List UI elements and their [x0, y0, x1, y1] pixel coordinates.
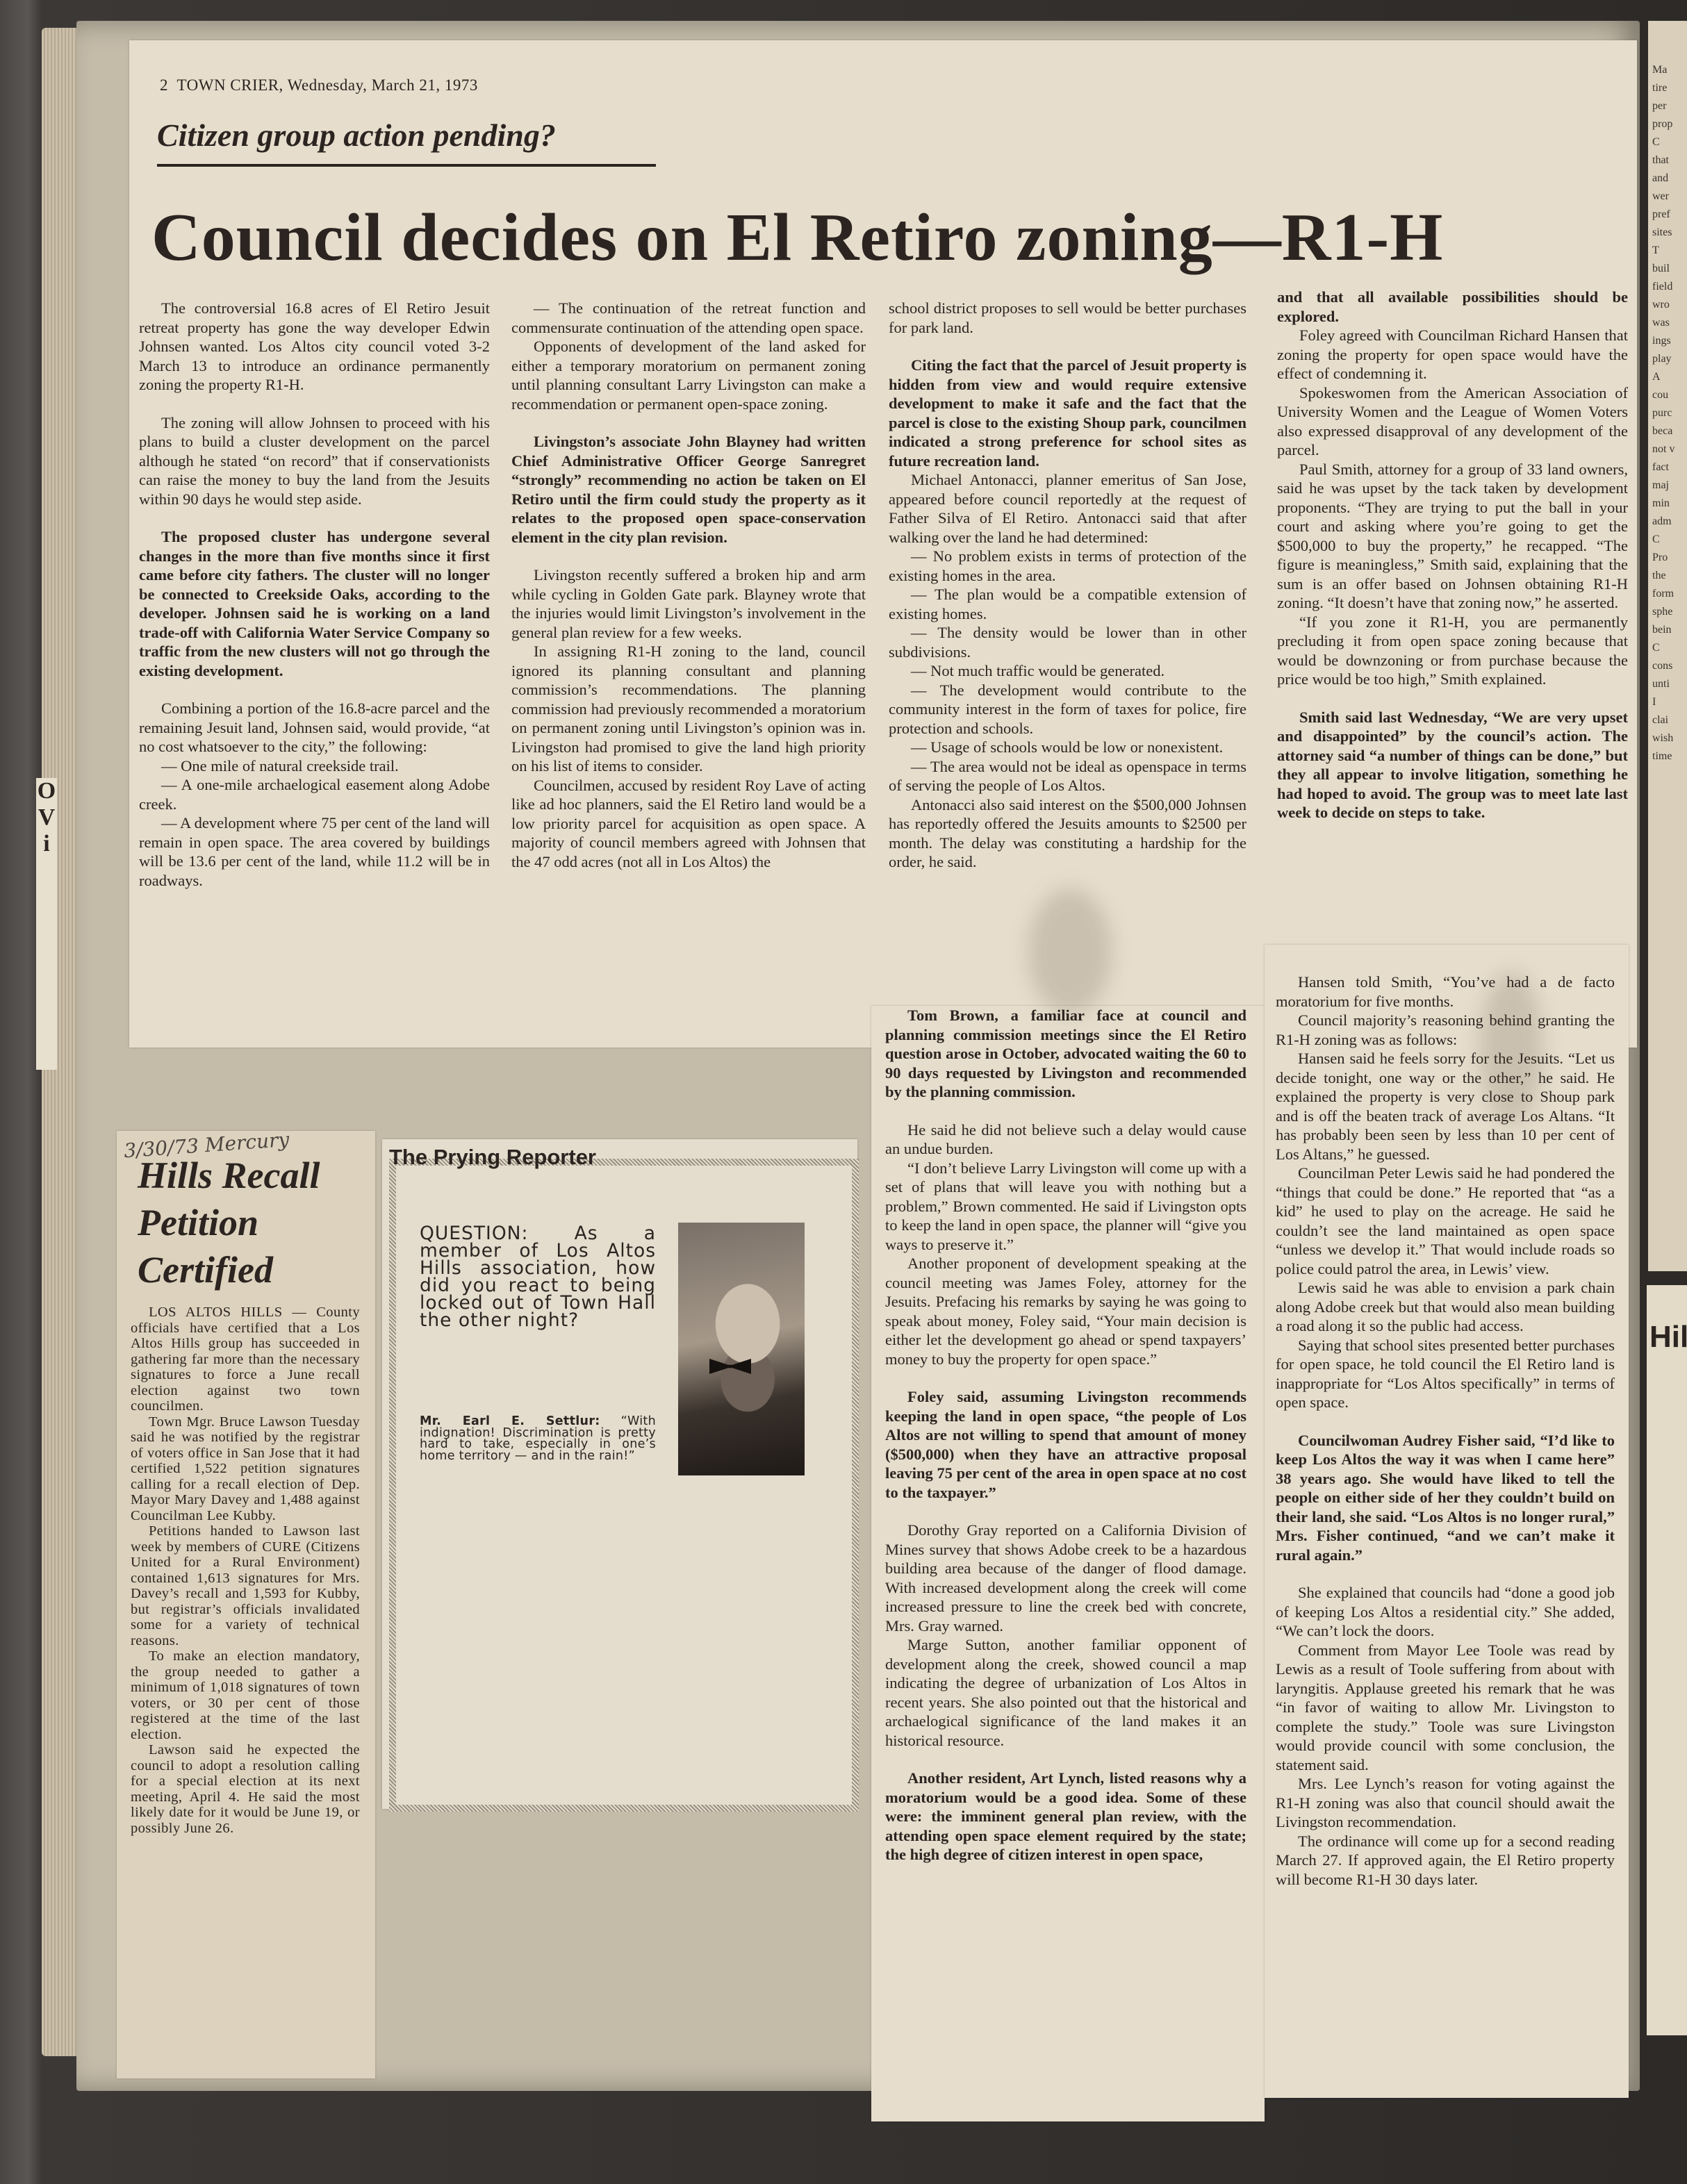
article-column-3-continued: Tom Brown, a familiar face at council an…: [871, 1006, 1265, 2121]
list-item: — One mile of natural creekside trail.: [139, 756, 490, 776]
fragment-text: unti: [1652, 677, 1687, 692]
headline-line: Petition: [138, 1199, 320, 1246]
prying-reporter-title: The Prying Reporter: [389, 1145, 596, 1170]
paragraph: Hansen told Smith, “You’ve had a de fact…: [1276, 973, 1615, 1011]
fragment-text: T: [1652, 243, 1687, 258]
paragraph: LOS ALTOS HILLS — County officials have …: [131, 1305, 360, 1414]
list-item: — The continuation of the retreat functi…: [511, 299, 866, 337]
fragment-text: was: [1652, 315, 1687, 331]
list-item: — Usage of schools would be low or nonex…: [889, 738, 1246, 757]
paragraph: Tom Brown, a familiar face at council an…: [885, 1006, 1246, 1102]
headline: Council decides on El Retiro zoning—R1-H: [151, 199, 1638, 276]
fragment-text: Pro: [1652, 550, 1687, 565]
paragraph: Comment from Mayor Lee Toole was read by…: [1276, 1641, 1615, 1775]
paragraph: Lewis said he was able to envision a par…: [1276, 1278, 1615, 1336]
adjacent-page-fragment-top: MatireperpropCthatandwerprefsitesTbuilfi…: [1648, 21, 1687, 1271]
reporter-question: QUESTION: As a member of Los Altos Hills…: [420, 1225, 656, 1329]
fragment-text: C: [1652, 640, 1687, 656]
headline-line: Certified: [138, 1246, 320, 1293]
list-item: — A development where 75 per cent of the…: [139, 813, 490, 890]
list-item: — A one-mile archaelogical easement alon…: [139, 775, 490, 813]
fragment-text: wish: [1652, 731, 1687, 746]
fragment-text: C: [1652, 532, 1687, 547]
paragraph: Councilwoman Audrey Fisher said, “I’d li…: [1276, 1431, 1615, 1565]
paragraph: Livingston’s associate John Blayney had …: [511, 432, 866, 547]
portrait-photo: [678, 1223, 805, 1475]
list-item: — No problem exists in terms of protecti…: [889, 547, 1246, 585]
paragraph: Antonacci also said interest on the $500…: [889, 795, 1246, 872]
paragraph: The controversial 16.8 acres of El Retir…: [139, 299, 490, 395]
paragraph: Lawson said he expected the council to a…: [131, 1742, 360, 1836]
prying-reporter-clipping: QUESTION: As a member of Los Altos Hills…: [382, 1139, 857, 1809]
paragraph: Dorothy Gray reported on a California Di…: [885, 1521, 1246, 1635]
fragment-text: maj: [1652, 478, 1687, 493]
folio-text: TOWN CRIER, Wednesday, March 21, 1973: [177, 76, 478, 94]
fragment-text: adm: [1652, 514, 1687, 529]
tab-letter: O: [36, 778, 57, 804]
fragment-text: C: [1652, 135, 1687, 150]
fragment-text: Ma: [1652, 63, 1687, 78]
paragraph: school district proposes to sell would b…: [889, 299, 1246, 337]
hills-recall-clipping: 3/30/73 Mercury Hills Recall Petition Ce…: [117, 1131, 375, 2078]
fragment-text: min: [1652, 496, 1687, 511]
hills-headline: Hills Recall Petition Certified: [138, 1152, 320, 1293]
paragraph: Another resident, Art Lynch, listed reas…: [885, 1769, 1246, 1864]
fragment-text: prop: [1652, 117, 1687, 132]
fragment-text: clai: [1652, 713, 1687, 728]
portrait-image: [678, 1223, 805, 1475]
paragraph: Petitions handed to Lawson last week by …: [131, 1523, 360, 1648]
list-item: — The density would be lower than in oth…: [889, 623, 1246, 661]
article-column-2: — The continuation of the retreat functi…: [511, 299, 866, 871]
fragment-text: time: [1652, 749, 1687, 764]
paragraph: The zoning will allow Johnsen to proceed…: [139, 413, 490, 509]
paragraph: “If you zone it R1-H, you are permanentl…: [1277, 613, 1628, 689]
fragment-text: wer: [1652, 189, 1687, 204]
paragraph: In assigning R1-H zoning to the land, co…: [511, 642, 866, 776]
paragraph: Smith said last Wednesday, “We are very …: [1277, 708, 1628, 822]
paragraph: Foley said, assuming Livingston recommen…: [885, 1387, 1246, 1502]
article-column-1: The controversial 16.8 acres of El Retir…: [139, 299, 490, 890]
paragraph: The proposed cluster has undergone sever…: [139, 527, 490, 680]
stain: [1028, 889, 1112, 1014]
fragment-text: tire: [1652, 81, 1687, 96]
paragraph: Marge Sutton, another familiar opponent …: [885, 1635, 1246, 1750]
fragment-text: sites: [1652, 225, 1687, 240]
fragment-text: sphe: [1652, 604, 1687, 620]
fragment-text: pref: [1652, 207, 1687, 222]
fragment-text: cons: [1652, 659, 1687, 674]
paragraph: Councilmen, accused by resident Roy Lave…: [511, 776, 866, 872]
paragraph: Opponents of development of the land ask…: [511, 337, 866, 413]
fragment-text: fact: [1652, 460, 1687, 475]
fragment-text: the: [1652, 568, 1687, 584]
paragraph: Paul Smith, attorney for a group of 33 l…: [1277, 460, 1628, 613]
paragraph: Saying that school sites presented bette…: [1276, 1336, 1615, 1412]
fragment-text: wro: [1652, 297, 1687, 313]
paragraph: Hansen said he feels sorry for the Jesui…: [1276, 1049, 1615, 1164]
article-column-4: and that all available possibilities sho…: [1277, 288, 1628, 822]
left-adjacent-clipping-tab: O V i: [36, 778, 57, 1070]
fragment-text: purc: [1652, 406, 1687, 421]
list-item: — The area would not be ideal as openspa…: [889, 757, 1246, 795]
paragraph: “I don’t believe Larry Livingston will c…: [885, 1159, 1246, 1255]
fragment-text: A: [1652, 370, 1687, 385]
kicker: Citizen group action pending?: [157, 117, 556, 154]
paragraph: Combining a portion of the 16.8-acre par…: [139, 699, 490, 756]
kicker-rule: [157, 164, 656, 167]
adjacent-page-fragment-bottom: Hill: [1647, 1285, 1687, 2035]
fragment-text: beca: [1652, 424, 1687, 439]
list-item: — Not much traffic would be generated.: [889, 661, 1246, 681]
fragment-text: bein: [1652, 622, 1687, 638]
fragment-text: not v: [1652, 442, 1687, 457]
paragraph: Councilman Peter Lewis said he had ponde…: [1276, 1164, 1615, 1278]
article-column-3: school district proposes to sell would b…: [889, 299, 1246, 872]
fragment-text: buil: [1652, 261, 1687, 276]
paragraph: Spokeswomen from the American Associatio…: [1277, 383, 1628, 460]
paragraph: To make an election mandatory, the group…: [131, 1648, 360, 1742]
paragraph: Town Mgr. Bruce Lawson Tuesday said he w…: [131, 1414, 360, 1524]
hills-body: LOS ALTOS HILLS — County officials have …: [131, 1305, 360, 1836]
list-item: — The development would contribute to th…: [889, 681, 1246, 738]
list-item: — The plan would be a compatible extensi…: [889, 585, 1246, 623]
stain: [1480, 973, 1542, 1125]
paragraph: She explained that councils had “done a …: [1276, 1583, 1615, 1641]
folio-line: 2 TOWN CRIER, Wednesday, March 21, 1973: [160, 76, 478, 94]
paragraph: Mrs. Lee Lynch’s reason for voting again…: [1276, 1774, 1615, 1832]
paragraph: The ordinance will come up for a second …: [1276, 1832, 1615, 1889]
fragment-text: per: [1652, 99, 1687, 114]
hatched-border: QUESTION: As a member of Los Altos Hills…: [389, 1159, 859, 1812]
fragment-text: cou: [1652, 388, 1687, 403]
main-article-clipping: 2 TOWN CRIER, Wednesday, March 21, 1973 …: [129, 40, 1637, 1048]
headline-line: Hills Recall: [138, 1152, 320, 1199]
tab-letter: V: [36, 804, 57, 831]
article-column-4-continued: Hansen told Smith, “You’ve had a de fact…: [1265, 945, 1629, 2098]
fragment-text: field: [1652, 279, 1687, 295]
fragment-text: that: [1652, 153, 1687, 168]
paragraph: He said he did not believe such a delay …: [885, 1120, 1246, 1159]
paragraph: Michael Antonacci, planner emeritus of S…: [889, 470, 1246, 547]
paragraph: and that all available possibilities sho…: [1277, 288, 1628, 326]
paragraph: Livingston recently suffered a broken hi…: [511, 565, 866, 642]
reporter-answer: Mr. Earl E. Settlur: “With indignation! …: [420, 1416, 656, 1462]
fragment-text: and: [1652, 171, 1687, 186]
fragment-text: form: [1652, 586, 1687, 602]
paragraph: Council majority’s reasoning behind gran…: [1276, 1011, 1615, 1049]
paragraph: Another proponent of development speakin…: [885, 1254, 1246, 1368]
fragment-text: play: [1652, 351, 1687, 367]
fragment-text: I: [1652, 695, 1687, 710]
tab-letter: i: [36, 831, 57, 857]
page-number: 2: [160, 76, 168, 94]
paragraph: Foley agreed with Councilman Richard Han…: [1277, 326, 1628, 383]
fragment-text: ings: [1652, 333, 1687, 349]
fragment-heading: Hill: [1649, 1320, 1687, 1355]
paragraph: Citing the fact that the parcel of Jesui…: [889, 356, 1246, 470]
